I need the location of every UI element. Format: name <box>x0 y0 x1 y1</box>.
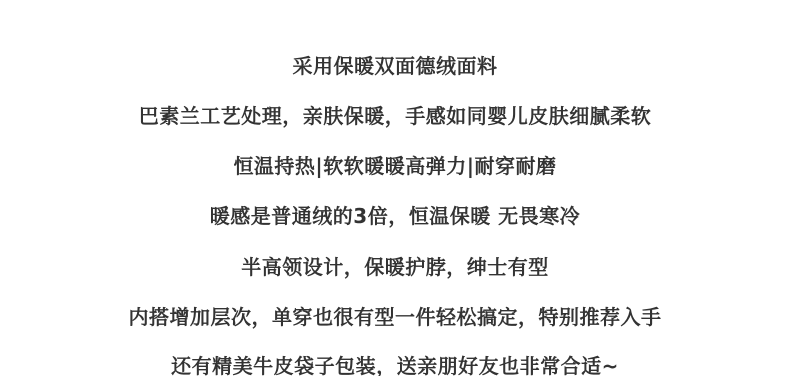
description-line-layering: 内搭增加层次，单穿也很有型一件轻松搞定，特别推荐入手 <box>0 303 790 331</box>
description-line-fabric: 采用保暖双面德绒面料 <box>0 52 790 80</box>
description-line-warmth: 暖感是普通绒的3倍，恒温保暖 无畏寒冷 <box>0 202 790 230</box>
description-line-features: 恒温持热|软软暖暖高弹力|耐穿耐磨 <box>0 152 790 180</box>
description-line-craft: 巴素兰工艺处理，亲肤保暖，手感如同婴儿皮肤细腻柔软 <box>0 102 790 130</box>
description-line-packaging: 还有精美牛皮袋子包装，送亲朋好友也非常合适~ <box>0 352 790 376</box>
description-line-collar: 半高领设计，保暖护脖，绅士有型 <box>0 253 790 281</box>
